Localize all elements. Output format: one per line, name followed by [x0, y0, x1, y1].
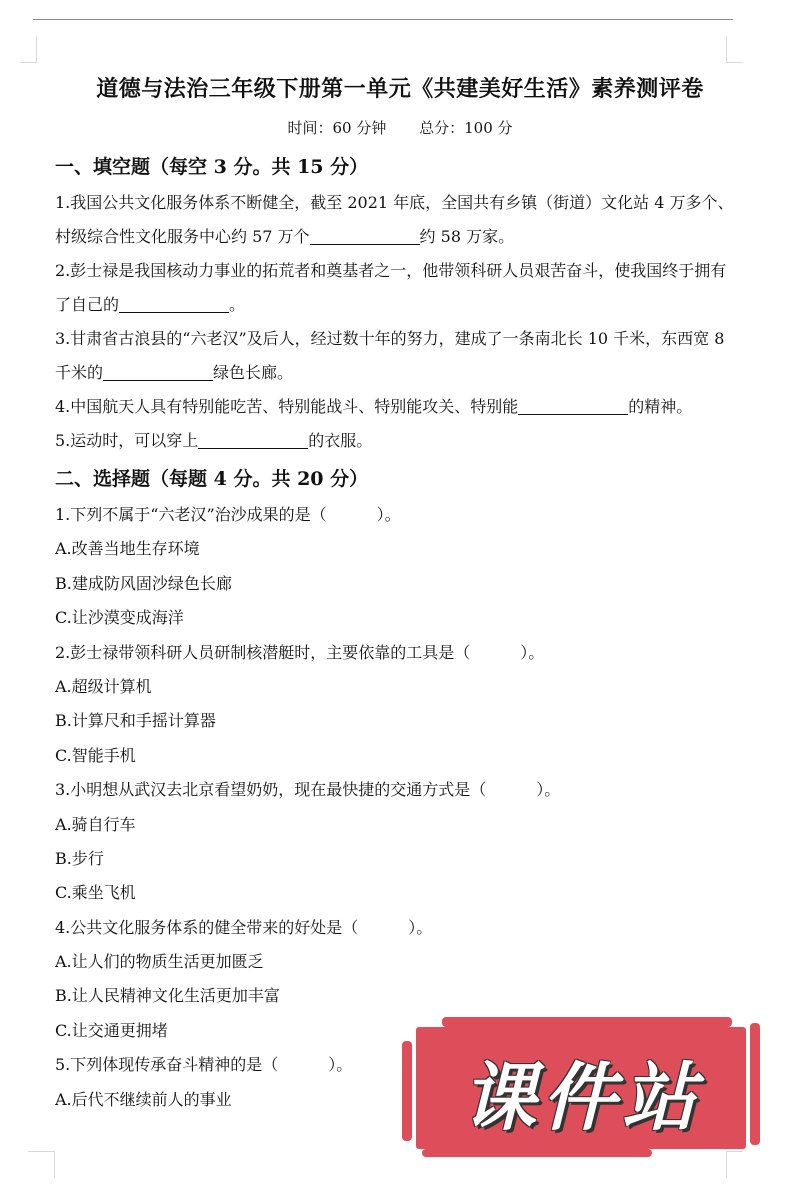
option-a: A.改善当地生存环境	[55, 532, 735, 566]
answer-blank[interactable]	[198, 430, 308, 449]
answer-blank[interactable]	[310, 226, 420, 245]
option-a: A.让人们的物质生活更加匮乏	[55, 945, 735, 979]
watermark-text: 课件站	[402, 1039, 762, 1145]
answer-blank[interactable]	[103, 362, 213, 381]
page-corner-mark	[28, 1151, 55, 1178]
document-title: 道德与法治三年级下册第一单元《共建美好生活》素养测评卷	[0, 72, 800, 103]
header-rule	[33, 19, 733, 20]
answer-blank[interactable]	[518, 396, 628, 415]
fill-question-5: 5.运动时，可以穿上的衣服。	[55, 424, 735, 458]
option-b: B.步行	[55, 842, 735, 876]
exam-content: 一、填空题（每空 3 分。共 15 分） 1.我国公共文化服务体系不断健全，截至…	[55, 150, 735, 1117]
option-b: B.计算尺和手摇计算器	[55, 704, 735, 738]
page-corner-mark	[20, 36, 37, 63]
option-b: B.建成防风固沙绿色长廊	[55, 567, 735, 601]
exam-time: 时间：60 分钟	[287, 119, 386, 137]
page-corner-mark	[726, 36, 743, 63]
option-b: B.让人民精神文化生活更加丰富	[55, 979, 735, 1013]
fill-question-3: 3.甘肃省古浪县的“六老汉”及后人，经过数十年的努力，建成了一条南北长 10 千…	[55, 322, 735, 390]
stamp-edge	[442, 1017, 732, 1027]
choice-question-4: 4.公共文化服务体系的健全带来的好处是（）。	[55, 911, 735, 945]
fill-question-4: 4.中国航天人具有特别能吃苦、特别能战斗、特别能攻关、特别能的精神。	[55, 390, 735, 424]
watermark-stamp: 课件站	[402, 1017, 762, 1157]
option-a: A.骑自行车	[55, 808, 735, 842]
option-c: C.让沙漠变成海洋	[55, 601, 735, 635]
choice-question-2: 2.彭士禄带领科研人员研制核潜艇时，主要依靠的工具是（）。	[55, 636, 735, 670]
section-heading-fill-blank: 一、填空题（每空 3 分。共 15 分）	[55, 150, 735, 184]
option-c: C.智能手机	[55, 739, 735, 773]
answer-blank[interactable]	[119, 294, 229, 313]
choice-question-1: 1.下列不属于“六老汉”治沙成果的是（）。	[55, 498, 735, 532]
fill-question-2: 2.彭士禄是我国核动力事业的拓荒者和奠基者之一，他带领科研人员艰苦奋斗，使我国终…	[55, 254, 735, 322]
fill-question-1: 1.我国公共文化服务体系不断健全，截至 2021 年底，全国共有乡镇（街道）文化…	[55, 186, 735, 254]
exam-info: 时间：60 分钟 总分：100 分	[0, 117, 800, 138]
option-a: A.超级计算机	[55, 670, 735, 704]
section-heading-choice: 二、选择题（每题 4 分。共 20 分）	[55, 462, 735, 496]
exam-total-score: 总分：100 分	[419, 119, 512, 137]
stamp-edge	[422, 1149, 652, 1157]
option-c: C.乘坐飞机	[55, 876, 735, 910]
choice-question-3: 3.小明想从武汉去北京看望奶奶，现在最快捷的交通方式是（）。	[55, 773, 735, 807]
